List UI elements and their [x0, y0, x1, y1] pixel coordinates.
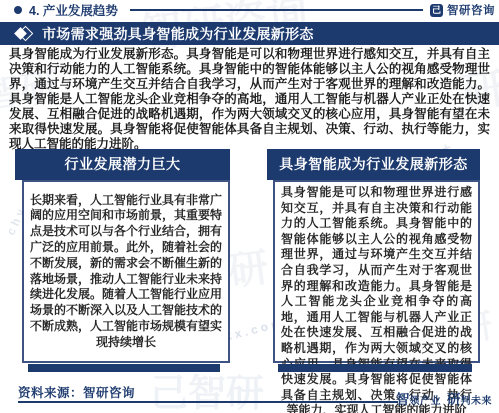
report-slide: 智研咨询研智研研h y xc h y研w w w . c h y x x . c… [0, 0, 499, 413]
brand-logo: 己 智研咨询 [430, 2, 495, 18]
banner-title: 市场需求强劲具身智能成为行业发展新形态 [42, 24, 314, 44]
footer-divider-line [18, 401, 398, 403]
card-bottom-bar [278, 364, 472, 372]
card-industry-potential: 行业发展潜力巨大 长期来看，人工智能行业具有非常广阔的应用空间和市场前景，其重要… [22, 149, 230, 372]
top-bar: 4. 产业发展趋势 己 智研咨询 [14, 2, 495, 18]
brand-name: 智研咨询 [447, 2, 495, 18]
source-note: 资料来源：智研咨询 [18, 383, 135, 401]
slogan-part: 判未来 [461, 392, 493, 407]
brand-logo-icon: 己 [430, 4, 443, 17]
slogan-part: 智 [396, 388, 410, 408]
section-banner: 市场需求强劲具身智能成为行业发展新形态 [0, 22, 499, 45]
card-title: 行业发展潜力巨大 [15, 149, 230, 180]
card-body-text: 长期来看，人工智能行业具有非常广阔的应用空间和市场前景，其重要特点是技术可以与各… [24, 193, 228, 351]
card-body-text: 具身智能是可以和物理世界进行感知交互，并具有自主决策和行动能力的人工智能系统。具… [275, 182, 478, 413]
card-body: 具身智能是可以和物理世界进行感知交互，并具有自主决策和行动能力的人工智能系统。具… [273, 180, 480, 363]
intro-paragraph: 具身智能成为行业发展新形态。具身智能是可以和物理世界进行感知交互，并具有自主决策… [9, 47, 490, 152]
top-divider-line [130, 9, 423, 11]
slogan-part: 研 [447, 388, 461, 408]
card-title: 具身智能成为行业发展新形态 [267, 149, 480, 180]
card-bottom-bar [28, 364, 220, 372]
slogan-part: 领产业 [410, 392, 442, 407]
brand-slogan: 智 领产业 研 判未来 [396, 388, 492, 408]
card-body: 长期来看，人工智能行业具有非常广阔的应用空间和市场前景，其重要特点是技术可以与各… [22, 180, 230, 363]
section-title: 4. 产业发展趋势 [29, 1, 118, 19]
watermark-text: 研 [224, 235, 272, 297]
bullet-dot-icon [14, 6, 22, 14]
card-embodied-ai: 具身智能成为行业发展新形态 具身智能是可以和物理世界进行感知交互，并具有自主决策… [273, 149, 480, 372]
